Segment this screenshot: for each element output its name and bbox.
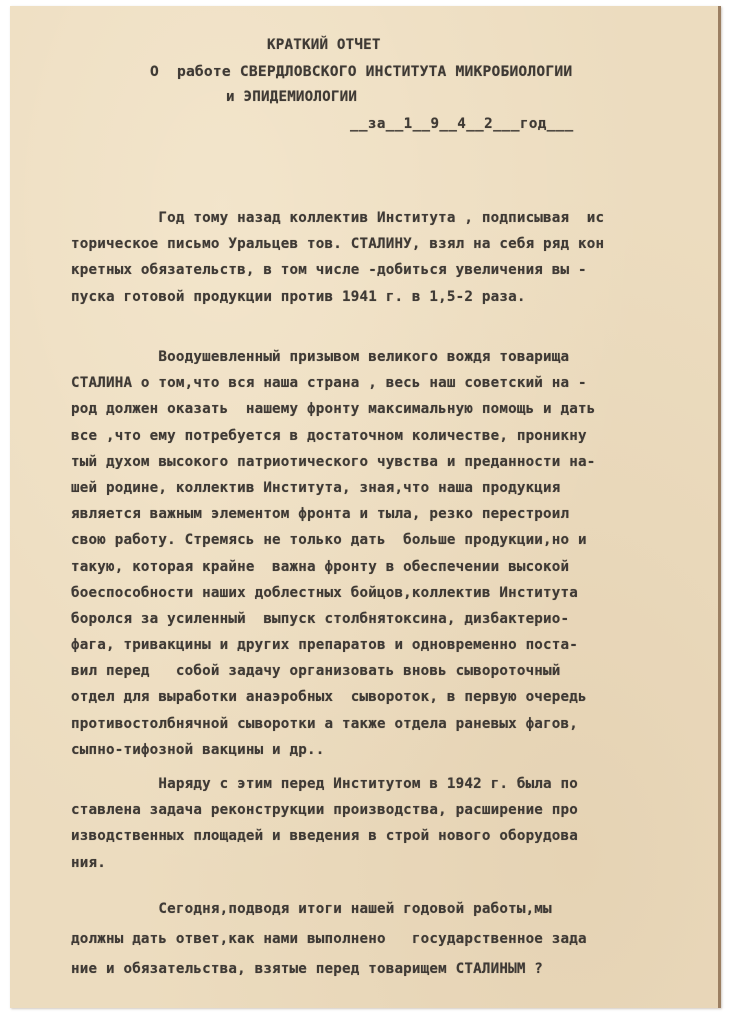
text-line: пуска готовой продукции против 1941 г. в… [71,289,604,315]
text-line: Воодушевленный призывом великого вождя т… [71,349,596,375]
text-line: торическое письмо Уральцев тов. СТАЛИНУ,… [71,236,604,262]
text-line: фага, тривакцины и других препаратов и о… [71,637,596,663]
text-line: отдел для выработки анаэробных сывороток… [71,689,596,715]
typewritten-page: КРАТКИЙ ОТЧЕТ О работе СВЕРДЛОВСКОГО ИНС… [10,6,721,1008]
text-line: такую, которая крайне важна фронту в обе… [71,559,596,585]
report-year-line: __за__1__9__4__2___год___ [350,116,574,132]
text-line: род должен оказать нашему фронту максима… [71,401,596,427]
text-line: ние и обязательства, взятые перед товари… [71,961,587,991]
text-line: является важным элементом фронта и тыла,… [71,506,596,532]
text-line: шей родине, коллектив Института, зная,чт… [71,480,596,506]
text-line: ния. [71,855,578,881]
paragraph-4: Сегодня,подводя итоги нашей годовой рабо… [71,901,587,991]
text-line: свою работу. Стремясь не только дать бол… [71,532,596,558]
text-line: кретных обязательств, в том числе -добит… [71,262,604,288]
text-line: вил перед собой задачу организовать внов… [71,663,596,689]
report-title: КРАТКИЙ ОТЧЕТ [267,37,381,53]
paragraph-1: Год тому назад коллектив Института , под… [71,210,604,315]
text-line: Год тому назад коллектив Института , под… [71,210,604,236]
text-line: должны дать ответ,как нами выполнено гос… [71,931,587,961]
paragraph-3: Наряду с этим перед Институтом в 1942 г.… [71,776,578,881]
text-line: ставлена задача реконструкции производст… [71,802,578,828]
report-subtitle-line-1: О работе СВЕРДЛОВСКОГО ИНСТИТУТА МИКРОБИ… [150,63,572,80]
report-subtitle-line-2: и ЭПИДЕМИОЛОГИИ [226,89,357,105]
text-line: все ,что ему потребуется в достаточном к… [71,428,596,454]
text-line: Наряду с этим перед Институтом в 1942 г.… [71,776,578,802]
text-line: тый духом высокого патриотического чувст… [71,454,596,480]
text-line: боеспособности наших доблестных бойцов,к… [71,585,596,611]
text-line: СТАЛИНА о том,что вся наша страна , весь… [71,375,596,401]
text-line: Сегодня,подводя итоги нашей годовой рабо… [71,901,587,931]
text-line: сыпно-тифозной вакцины и др.. [71,742,596,768]
text-line: изводственных площадей и введения в стро… [71,828,578,854]
text-line: противостолбнячной сыворотки а также отд… [71,716,596,742]
text-line: боролся за усиленный выпуск столбнятокси… [71,611,596,637]
paragraph-2: Воодушевленный призывом великого вождя т… [71,349,596,768]
